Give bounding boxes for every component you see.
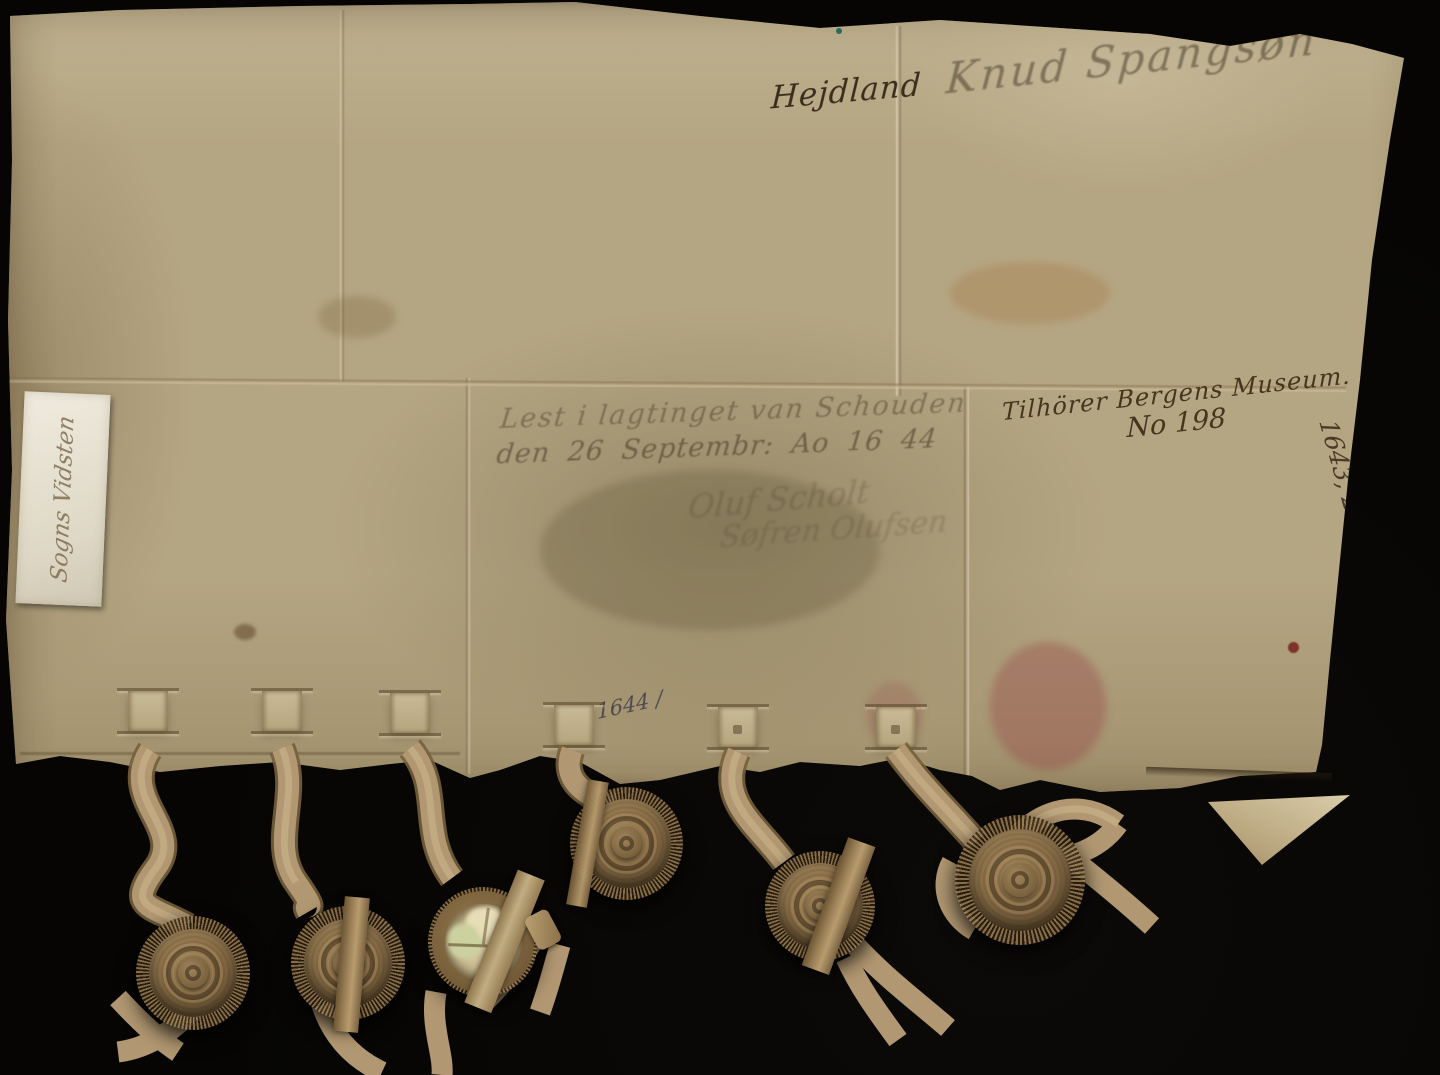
faded-inscription-line2: den 26 Septembr: Ao 16 44 — [495, 423, 965, 470]
stain-pink-small — [866, 682, 922, 746]
stain-brown-dot — [234, 624, 256, 640]
plica-tab-6 — [870, 704, 922, 750]
fold-crease-horizontal — [6, 377, 1346, 391]
archive-label-text: Sogns Vidsten — [46, 413, 79, 585]
plica-fold-line — [20, 752, 460, 755]
tab-strip — [554, 705, 594, 745]
stain-orange-right — [950, 262, 1110, 324]
wax-seal-2 — [291, 906, 405, 1020]
folded-corner — [1208, 795, 1350, 865]
stain-red-speck — [1288, 642, 1299, 653]
tab-mark — [733, 725, 742, 734]
plica-tab-1 — [122, 688, 174, 734]
plica-tab-3 — [384, 690, 436, 736]
tab-strip — [262, 691, 302, 731]
museum-ownership-note: Tilhörer Bergens Museum. No 198 — [1002, 361, 1351, 457]
museum-note-number: No 198 — [1002, 389, 1351, 457]
plica-tab-2 — [256, 688, 308, 734]
tab-strip — [128, 691, 168, 731]
faded-signature-1: Oluf Scholt — [687, 472, 872, 526]
wax-seal-3-open-capsule — [423, 882, 544, 1003]
inscription-owner-name: Knud Spangsøn — [945, 15, 1320, 104]
stain-brown-upper — [318, 296, 396, 338]
parchment-document: Hejdland Knud Spangsøn Tilhörer Bergens … — [0, 0, 1440, 800]
fold-crease-vertical-right — [896, 26, 901, 396]
plica-tab-4 — [548, 702, 600, 748]
fold-crease-vertical-lower-left — [466, 378, 470, 774]
inscription-edge-date: 1643, 25 Septbr. — [1313, 418, 1400, 624]
faded-inscription-line1: Lest i lagtinget van Schouden — [499, 388, 969, 435]
plica-tab-5 — [712, 704, 764, 750]
faded-center-inscription: Lest i lagtinget van Schouden den 26 Sep… — [495, 388, 968, 471]
speck-teal-2 — [962, 12, 967, 17]
speck-teal-1 — [836, 28, 842, 34]
tab-strip — [718, 707, 758, 747]
inscription-place-name: Hejdland — [770, 67, 922, 116]
inscription-plica-year: 1644 / — [596, 686, 663, 724]
wax-seal-4 — [570, 787, 683, 900]
wax-seal-6 — [955, 815, 1085, 945]
seal-boss-ring — [185, 965, 201, 981]
fold-crease-vertical-lower-right — [964, 386, 969, 786]
faded-signature-2: Søfren Olufsen — [718, 504, 949, 555]
wax-seal-1 — [136, 916, 250, 1030]
stain-olive-center — [540, 470, 880, 630]
wax-seal-5 — [765, 851, 875, 961]
fold-crease-vertical-left — [340, 10, 344, 382]
tab-mark — [891, 725, 900, 734]
photograph-stage: Hejdland Knud Spangsøn Tilhörer Bergens … — [0, 0, 1440, 1075]
tab-strip — [876, 707, 916, 747]
tab-strip — [390, 693, 430, 733]
stain-pink-large — [990, 642, 1106, 770]
museum-note-line1: Tilhörer Bergens Museum. — [1002, 361, 1351, 426]
archive-label: Sogns Vidsten — [15, 391, 110, 607]
